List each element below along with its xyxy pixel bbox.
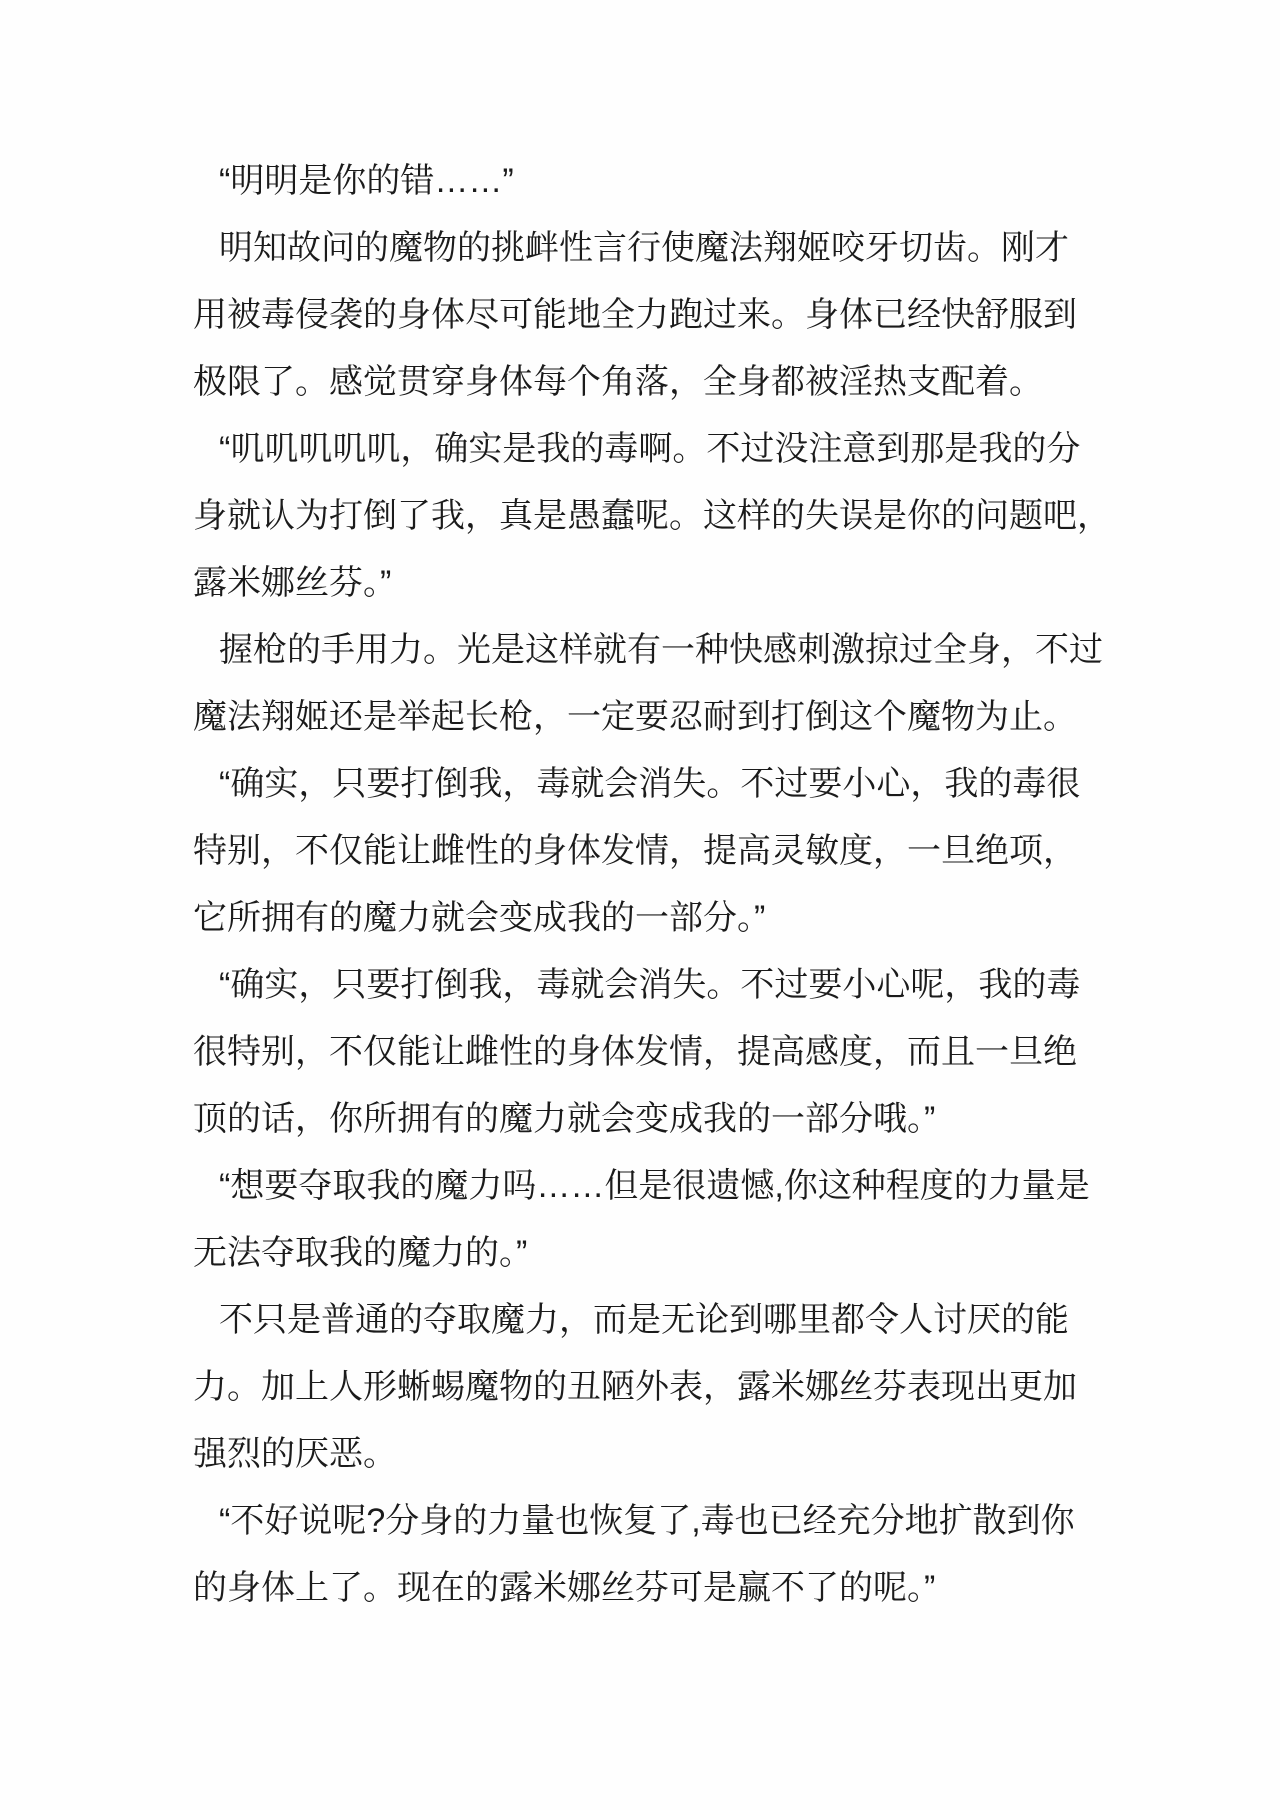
text-line: 力。加上人形蜥蜴魔物的丑陋外表，露米娜丝芬表现出更加 [193,1354,1088,1421]
text-line: “明明是你的错……” [193,148,1088,215]
document-page: “明明是你的错……”明知故问的魔物的挑衅性言行使魔法翔姬咬牙切齿。刚才用被毒侵袭… [0,0,1280,1810]
text-line: 特别，不仅能让雌性的身体发情，提高灵敏度，一旦绝项， [193,818,1088,885]
paragraph: “想要夺取我的魔力吗……但是很遗憾,你这种程度的力量是无法夺取我的魔力的。” [193,1153,1088,1287]
text-line: 它所拥有的魔力就会变成我的一部分。” [193,885,1088,952]
text-line: 强烈的厌恶。 [193,1421,1088,1488]
text-line: 魔法翔姬还是举起长枪，一定要忍耐到打倒这个魔物为止。 [193,684,1088,751]
text-line: 握枪的手用力。光是这样就有一种快感刺激掠过全身，不过 [193,617,1088,684]
text-line: 的身体上了。现在的露米娜丝芬可是赢不了的呢。” [193,1555,1088,1622]
text-line: “叽叽叽叽叽，确实是我的毒啊。不过没注意到那是我的分 [193,416,1088,483]
text-line: “不好说呢?分身的力量也恢复了,毒也已经充分地扩散到你 [193,1488,1088,1555]
paragraph: “叽叽叽叽叽，确实是我的毒啊。不过没注意到那是我的分身就认为打倒了我，真是愚蠢呢… [193,416,1088,617]
text-column: “明明是你的错……”明知故问的魔物的挑衅性言行使魔法翔姬咬牙切齿。刚才用被毒侵袭… [193,148,1088,1622]
text-line: “想要夺取我的魔力吗……但是很遗憾,你这种程度的力量是 [193,1153,1088,1220]
text-line: 不只是普通的夺取魔力，而是无论到哪里都令人讨厌的能 [193,1287,1088,1354]
text-line: 无法夺取我的魔力的。” [193,1220,1088,1287]
paragraph: 明知故问的魔物的挑衅性言行使魔法翔姬咬牙切齿。刚才用被毒侵袭的身体尽可能地全力跑… [193,215,1088,416]
text-line: 用被毒侵袭的身体尽可能地全力跑过来。身体已经快舒服到 [193,282,1088,349]
text-line: 顶的话，你所拥有的魔力就会变成我的一部分哦。” [193,1086,1088,1153]
text-line: 身就认为打倒了我，真是愚蠢呢。这样的失误是你的问题吧， [193,483,1088,550]
paragraph: “明明是你的错……” [193,148,1088,215]
paragraph: 不只是普通的夺取魔力，而是无论到哪里都令人讨厌的能力。加上人形蜥蜴魔物的丑陋外表… [193,1287,1088,1488]
paragraph: “确实，只要打倒我，毒就会消失。不过要小心，我的毒很特别，不仅能让雌性的身体发情… [193,751,1088,952]
text-line: “确实，只要打倒我，毒就会消失。不过要小心呢，我的毒 [193,952,1088,1019]
text-line: 很特别，不仅能让雌性的身体发情，提高感度，而且一旦绝 [193,1019,1088,1086]
text-line: 明知故问的魔物的挑衅性言行使魔法翔姬咬牙切齿。刚才 [193,215,1088,282]
text-line: 露米娜丝芬。” [193,550,1088,617]
text-line: 极限了。感觉贯穿身体每个角落，全身都被淫热支配着。 [193,349,1088,416]
paragraph: “不好说呢?分身的力量也恢复了,毒也已经充分地扩散到你的身体上了。现在的露米娜丝… [193,1488,1088,1622]
paragraph: 握枪的手用力。光是这样就有一种快感刺激掠过全身，不过魔法翔姬还是举起长枪，一定要… [193,617,1088,751]
paragraph: “确实，只要打倒我，毒就会消失。不过要小心呢，我的毒很特别，不仅能让雌性的身体发… [193,952,1088,1153]
text-line: “确实，只要打倒我，毒就会消失。不过要小心，我的毒很 [193,751,1088,818]
